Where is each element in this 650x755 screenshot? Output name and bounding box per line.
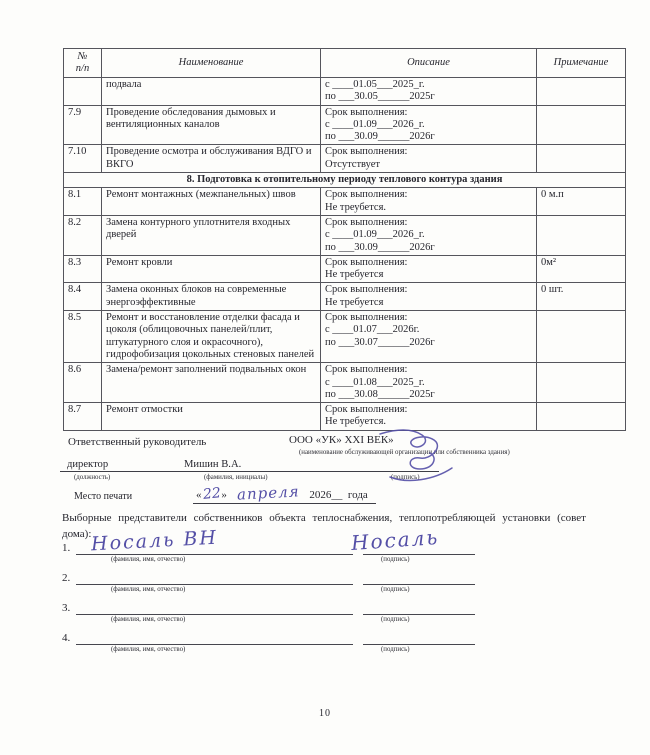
cell-note [537,215,626,255]
representative-name-caption: (фамилия, имя, отчество) [111,586,185,593]
cell-note [537,145,626,173]
document-page: № п/п Наименование Описание Примечание п… [0,0,650,755]
cell-desc: Срок выполнения: Отсутствует [321,145,537,173]
cell-name: Ремонт кровли [102,255,321,283]
cell-num: 7.9 [64,105,102,145]
cell-name: Проведение обследования дымовых и вентил… [102,105,321,145]
table-row: 8.3Ремонт кровлиСрок выполнения: Не треб… [64,255,626,283]
representative-name-caption: (фамилия, имя, отчество) [111,556,185,563]
representative-signature-caption: (подпись) [381,646,410,653]
cell-name: Ремонт отмостки [102,403,321,431]
cell-num: 8.6 [64,363,102,403]
representatives-list: 1.(фамилия, имя, отчество)(подпись)Носал… [55,541,600,661]
person-caption: (фамилия, инициалы) [204,474,268,481]
cell-desc: Срок выполнения: Не требуется [321,283,537,311]
maintenance-table: № п/п Наименование Описание Примечание п… [63,48,626,431]
representative-signature-caption: (подпись) [381,586,410,593]
director-signature-scribble [378,427,456,489]
table-row: 8.4Замена оконных блоков на современные … [64,283,626,311]
stamp-place-label: Место печати [74,491,132,502]
cell-num: 7.10 [64,145,102,173]
handwritten-day: 22 [202,485,221,503]
representative-signature-field [363,571,475,585]
representative-name-caption: (фамилия, имя, отчество) [111,616,185,623]
cell-desc: с ____01.05___2025_г. по ___30.05______2… [321,78,537,106]
cell-num: 8.3 [64,255,102,283]
cell-desc: Срок выполнения: Не треубется. [321,188,537,216]
table-row: 8.2Замена контурного уплотнителя входных… [64,215,626,255]
cell-name: Ремонт монтажных (межпанельных) швов [102,188,321,216]
cell-name: Замена контурного уплотнителя входных дв… [102,215,321,255]
cell-desc: Срок выполнения: с ____01.08___2025_г. п… [321,363,537,403]
cell-name: Проведение осмотра и обслуживания ВДГО и… [102,145,321,173]
cell-note: 0м² [537,255,626,283]
column-header-description: Описание [321,49,537,78]
cell-num: 8.4 [64,283,102,311]
cell-desc: Срок выполнения: с ____01.09___2026_г. п… [321,215,537,255]
section-header: 8. Подготовка к отопительному периоду те… [64,173,626,188]
representative-number: 3. [62,602,70,614]
cell-name: Ремонт и восстановление отделки фасада и… [102,311,321,363]
cell-note [537,78,626,106]
representative-name-field [76,601,353,615]
representative-signature-caption: (подпись) [381,616,410,623]
cell-desc: Срок выполнения: с ____01.07___2026г. по… [321,311,537,363]
representative-name-field [76,571,353,585]
representative-number: 2. [62,572,70,584]
page-number: 10 [0,708,650,719]
table-header-row: № п/п Наименование Описание Примечание [64,49,626,78]
table-row: 8.7Ремонт отмосткиСрок выполнения: Не тр… [64,403,626,431]
cell-name: Замена оконных блоков на современные эне… [102,283,321,311]
person-value: Мишин В.А. [184,459,241,470]
open-quote: « [196,489,202,501]
cell-name: Замена/ремонт заполнений подвальных окон [102,363,321,403]
position-caption: (должность) [74,474,110,481]
representative-signature-caption: (подпись) [381,556,410,563]
representative-name-field [76,631,353,645]
year-value: 2026__ [309,489,342,501]
table-body: подвалас ____01.05___2025_г. по ___30.05… [64,78,626,431]
representative-signature-field [363,601,475,615]
handwritten-month: апреля [236,482,299,503]
table-row: 8. Подготовка к отопительному периоду те… [64,173,626,188]
responsible-manager-label: Ответственный руководитель [68,436,206,448]
column-header-name: Наименование [102,49,321,78]
representative-name-caption: (фамилия, имя, отчество) [111,646,185,653]
position-value: директор [67,459,108,470]
cell-note [537,105,626,145]
cell-num: 8.2 [64,215,102,255]
cell-note [537,311,626,363]
representative-row: 3.(фамилия, имя, отчество)(подпись) [55,601,600,631]
position-field: директор [60,458,162,472]
representative-signature-field [363,631,475,645]
table-row: 8.6Замена/ремонт заполнений подвальных о… [64,363,626,403]
close-quote: » [221,489,227,501]
cell-note [537,363,626,403]
representative-number: 4. [62,632,70,644]
cell-num: 8.5 [64,311,102,363]
cell-name: подвала [102,78,321,106]
table-row: 7.9Проведение обследования дымовых и вен… [64,105,626,145]
year-word: года [348,489,368,501]
table-row: 8.1Ремонт монтажных (межпанельных) швовС… [64,188,626,216]
cell-note: 0 шт. [537,283,626,311]
cell-num: 8.7 [64,403,102,431]
table-row: подвалас ____01.05___2025_г. по ___30.05… [64,78,626,106]
cell-note [537,403,626,431]
cell-note: 0 м.п [537,188,626,216]
representative-row: 1.(фамилия, имя, отчество)(подпись)Носал… [55,541,600,571]
table-row: 8.5Ремонт и восстановление отделки фасад… [64,311,626,363]
cell-num: 8.1 [64,188,102,216]
column-header-note: Примечание [537,49,626,78]
table-row: 7.10Проведение осмотра и обслуживания ВД… [64,145,626,173]
representative-row: 4.(фамилия, имя, отчество)(подпись) [55,631,600,661]
cell-num [64,78,102,106]
representative-row: 2.(фамилия, имя, отчество)(подпись) [55,571,600,601]
cell-desc: Срок выполнения: с ____01.09___2026_г. п… [321,105,537,145]
cell-desc: Срок выполнения: Не требуется [321,255,537,283]
person-field: Мишин В.А. [158,458,302,472]
column-header-num: № п/п [64,49,102,78]
representative-number: 1. [62,542,70,554]
date-field: «22»апреля2026__ года [193,484,376,504]
